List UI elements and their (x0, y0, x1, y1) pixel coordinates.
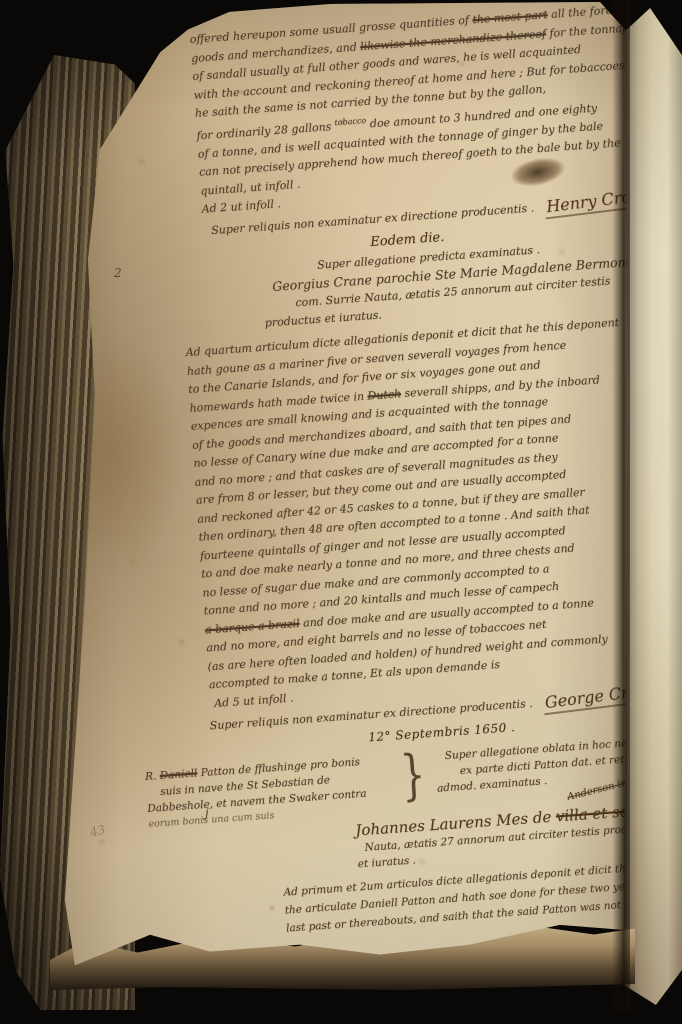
book-gutter-shadow (612, 0, 630, 1010)
struck-text: Dutch (367, 387, 401, 402)
struck-text: Daniell (159, 767, 197, 782)
margin-entry-number: 2 (114, 266, 122, 280)
deposition-crane-body: Ad quartum articulum dicte allegationis … (171, 311, 680, 696)
text-segment: tobacco (334, 116, 366, 127)
foxing-spots (40, 0, 44, 4)
manuscript-page: J2 2 j 43 offered hereupon some usuall g… (40, 0, 632, 985)
facing-blank-page (624, 0, 682, 1005)
text-segment: all the forenamed (547, 1, 650, 21)
curly-brace: } (399, 745, 428, 815)
text-segment: R. (145, 770, 160, 783)
margin-bottom-mark: 43 (88, 822, 106, 839)
deposition-top-body: offered hereupon some usuall grosse quan… (149, 0, 646, 204)
facing-page-shading (624, 0, 682, 1005)
struck-text: the most part (472, 8, 548, 26)
handwritten-text-block: offered hereupon some usuall grosse quan… (148, 0, 682, 942)
manuscript-photo: J2 2 j 43 offered hereupon some usuall g… (0, 0, 682, 1024)
